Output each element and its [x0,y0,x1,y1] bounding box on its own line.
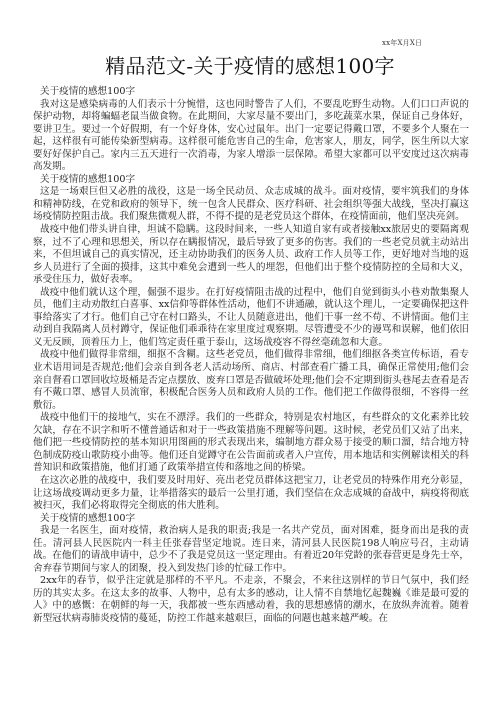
section-1: 关于疫情的感想100字 我对这是感染病毒的人们表示十分惋惜，这也同时警告了人们，… [33,86,469,174]
section-heading: 关于疫情的感想100字 [33,86,469,99]
paragraph: 我是一名医生，面对疫情，救治病人是我的职责;我是一名共产党员，面对困难，挺身而出… [33,525,469,575]
paragraph: 战疫中他们就认这个理，倔强不退步。在打好疫情阻击战的过程中，他们自觉到街头小巷劝… [33,287,469,350]
section-3: 关于疫情的感想100字 我是一名医生，面对疫情，救治病人是我的职责;我是一名共产… [33,513,469,626]
section-heading: 关于疫情的感想100字 [33,513,469,526]
paragraph: 战疫中他们干的接地气，实在不漂浮。我们的一些群众，特别是农村地区，有些群众的文化… [33,412,469,475]
document-date: xx年X月X日 [382,38,422,48]
section-heading: 关于疫情的感想100字 [33,174,469,187]
paragraph: 在这次必胜的战疫中，我们要及时用好、亮出老党员群体这把宝刀，让老党员的特殊作用充… [33,475,469,513]
paragraph: 战疫中他们带头讲自律，坦诚不隐瞒。这段时间来，一些人知道自家有或者接触xx旅居史… [33,224,469,287]
paragraph: 我对这是感染病毒的人们表示十分惋惜，这也同时警告了人们，不要乱吃野生动物。人们口… [33,99,469,174]
paragraph: 战疫中他们做得非常细，细抠不含糊。这些老党员，他们做得非常细，他们细抠各类宣传标… [33,349,469,412]
section-2: 关于疫情的感想100字 这是一场艰巨但又必胜的战役，这是一场全民动员、众志成城的… [33,174,469,513]
document-title: 精品范文-关于疫情的感想100字 [0,50,500,79]
paragraph: 2xx年的春节，似乎注定就是那样的不平凡。不走亲，不聚会，不来往这别样的节日气氛… [33,575,469,625]
document-body: 关于疫情的感想100字 我对这是感染病毒的人们表示十分惋惜，这也同时警告了人们，… [33,86,469,626]
paragraph: 这是一场艰巨但又必胜的战役，这是一场全民动员、众志成城的战斗。面对疫情，要牢筑我… [33,186,469,224]
